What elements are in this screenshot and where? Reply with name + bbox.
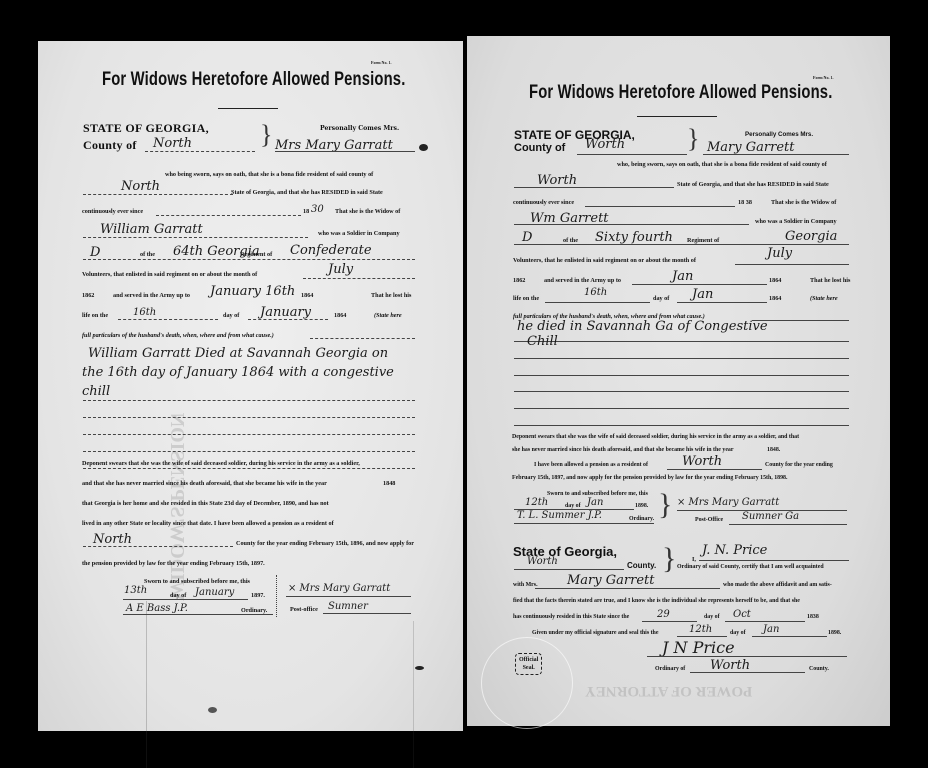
residence-county-field: Worth — [537, 173, 577, 188]
title-divider — [218, 108, 278, 109]
ordinary-label: Ordinary. — [629, 516, 654, 522]
sworn-month-field: January — [195, 587, 234, 598]
field-line — [514, 224, 749, 225]
since-year-prefix: 18 — [303, 208, 309, 215]
deponent-line: and that she has never married since his… — [82, 480, 327, 487]
day-of-text: day of — [730, 630, 746, 636]
pension-county-field: North — [93, 532, 132, 547]
particulars-label: full particulars of the husband's death,… — [82, 332, 274, 339]
field-line — [725, 621, 805, 622]
deponent-line: Deponent swears that she was the wife of… — [512, 434, 799, 440]
field-line — [735, 264, 849, 265]
field-line — [156, 215, 301, 216]
field-line — [248, 319, 328, 320]
field-line — [123, 614, 273, 615]
field-line — [83, 400, 415, 401]
served-until-field: Jan — [672, 269, 693, 284]
cert-text: Given under my official signature and se… — [532, 630, 658, 636]
embossed-seal — [481, 637, 573, 729]
field-line — [690, 672, 805, 673]
death-year-field: 1864 — [769, 295, 781, 302]
deponent-line: County for the year ending February 15th… — [236, 540, 414, 547]
field-line — [514, 358, 849, 359]
cert-ordinary-name: J. N. Price — [702, 543, 767, 558]
field-line — [323, 613, 411, 614]
since-year-field: 30 — [311, 204, 324, 215]
bleed-through-text: POWER OF ATTORNEY — [585, 682, 752, 699]
ordinary-label: Ordinary. — [241, 607, 267, 614]
field-line — [83, 259, 415, 260]
deponent-line: lived in any other State or locality sin… — [82, 520, 334, 527]
oath-text: who being sworn, says on oath, that she … — [165, 171, 373, 178]
marriage-year-field: 1848. — [767, 447, 780, 453]
sworn-day-field: 13th — [124, 585, 147, 596]
army-field: Confederate — [290, 243, 372, 258]
right-page-document: Form No. 1. For Widows Heretofore Allowe… — [467, 36, 890, 726]
brace: } — [662, 542, 676, 576]
post-office-field: Sumner — [328, 601, 368, 612]
regiment-field: Sixty fourth — [595, 230, 673, 245]
allowed-text: I have been allowed a pension as a resid… — [534, 462, 648, 468]
field-line — [83, 434, 415, 435]
lost-life-text: That he lost his — [810, 277, 850, 284]
county-field: North — [153, 136, 192, 151]
sworn-year: 1898. — [635, 503, 648, 509]
field-line — [83, 468, 415, 469]
ordinary-signature: T. L. Summer J.P. — [517, 510, 602, 521]
served-until-field: January 16th — [210, 284, 295, 299]
cert-applicant-field: Mary Garrett — [567, 573, 654, 588]
field-line — [303, 278, 415, 279]
oath-text: who, being sworn, says on oath, that she… — [617, 161, 827, 168]
enlist-month-field: July — [328, 262, 353, 277]
soldier-text: who was a Soldier in Company — [318, 230, 400, 237]
field-line — [577, 154, 687, 155]
brace: } — [658, 488, 672, 522]
field-line — [699, 560, 849, 561]
ordinary-of-label: Ordinary of — [655, 666, 685, 672]
county-label: County of — [514, 142, 565, 154]
field-line — [647, 656, 847, 657]
particulars-line-2: the 16th day of January 1864 with a cong… — [82, 365, 394, 380]
particulars-line-3: chill — [82, 384, 110, 399]
sworn-day-field: 12th — [525, 497, 548, 508]
field-line — [752, 636, 827, 637]
ordinary-signature: A E Bass J.P. — [126, 603, 188, 614]
county-label: County of — [83, 138, 137, 153]
death-year-field: 1864 — [334, 312, 346, 319]
county-field-line — [145, 151, 255, 152]
day-of-text: day of — [704, 614, 720, 620]
enlist-year-field: 1862 — [513, 277, 525, 284]
form-number: Form No. 1. — [813, 75, 833, 80]
cert-ordinary-signature: J N Price — [662, 638, 735, 657]
company-field: D — [522, 230, 532, 245]
applicant-name-line — [275, 151, 415, 152]
form-number: Form No. 1. — [371, 60, 391, 65]
post-office-label: Post-Office — [695, 517, 723, 523]
field-line — [632, 284, 767, 285]
cert-county-field: Worth — [527, 556, 558, 567]
field-line — [545, 302, 650, 303]
field-line — [729, 524, 847, 525]
deponent-line: that Georgia is her home and she resided… — [82, 500, 329, 507]
field-line — [535, 588, 720, 589]
death-month-field: January — [260, 305, 311, 320]
field-line — [83, 546, 233, 547]
applicant-name-field: Mary Garrett — [707, 140, 794, 155]
field-line — [667, 469, 762, 470]
cert-county-label: County. — [627, 561, 656, 570]
residence-text: State of Georgia, and that she has RESID… — [231, 189, 383, 196]
field-line — [310, 338, 415, 339]
county-suffix: County. — [809, 666, 829, 672]
cert-text: fied that the facts therein stated are t… — [513, 598, 800, 604]
ink-blot — [415, 666, 424, 670]
regiment-of-text: Regiment of — [687, 237, 719, 244]
field-line — [703, 154, 849, 155]
title-divider — [637, 116, 717, 117]
seal-label: Seal. — [519, 664, 538, 672]
enlisted-text: Volunteers, that enlisted in said regime… — [82, 271, 257, 278]
husband-name-field: William Garratt — [100, 222, 203, 237]
of-the-text: of the — [563, 237, 578, 244]
field-line — [677, 636, 727, 637]
field-line — [514, 341, 849, 342]
since-year-field: 18 38 — [738, 199, 752, 206]
cert-given-month-field: Jan — [763, 624, 779, 635]
personally-comes-label: Personally Comes Mrs. — [745, 131, 813, 138]
applicant-signature: × Mrs Mary Garratt — [677, 497, 779, 508]
seal-label: Official — [519, 656, 538, 664]
allowed-county-field: Worth — [682, 454, 722, 469]
i-label: I, — [692, 556, 696, 563]
ink-smudge — [208, 707, 217, 713]
field-line — [83, 451, 415, 452]
life-on-text: life on the — [513, 295, 539, 302]
field-line — [642, 621, 697, 622]
particulars-line-1: he died in Savannah Ga of Congestive — [517, 319, 768, 334]
field-line — [514, 569, 624, 570]
continuously-text: continuously ever since — [82, 208, 143, 215]
state-here-text: (State here — [374, 312, 402, 319]
divider — [276, 575, 277, 617]
residence-county-field: North — [121, 179, 160, 194]
cert-text: who made the above affidavit and am sati… — [723, 582, 832, 588]
day-of-text: day of — [223, 312, 239, 319]
allowed-text: February 15th, 1897, and now apply for t… — [512, 475, 787, 481]
particulars-line-2: Chill — [527, 334, 558, 349]
widow-of-text: That she is the Widow of — [335, 208, 400, 215]
field-line — [286, 596, 411, 597]
deponent-line: the pension provided by law for the year… — [82, 560, 265, 567]
applicant-signature: × Mrs Mary Garratt — [288, 583, 390, 594]
deponent-line: Deponent swears that she was the wife of… — [82, 460, 360, 467]
soldier-text: who was a Soldier in Company — [755, 218, 837, 225]
death-month-field: Jan — [692, 287, 713, 302]
field-line — [514, 391, 849, 392]
cert-given-year: 1898. — [828, 630, 841, 636]
cert-since-month-field: Oct — [733, 609, 751, 620]
cert-text: has continuously resided in this State s… — [513, 614, 629, 620]
served-year-field: 1864 — [769, 277, 781, 284]
post-office-field: Sumner Ga — [742, 511, 799, 522]
cert-ordinary-county-field: Worth — [710, 658, 750, 673]
cert-text: with Mrs. — [513, 582, 538, 588]
brace: } — [687, 124, 699, 154]
continuously-text: continuously ever since — [513, 199, 574, 206]
cert-since-year-field: 1838 — [807, 614, 819, 620]
regiment-of-text: Regiment of — [240, 251, 272, 258]
enlist-year-field: 1862 — [82, 292, 94, 299]
sworn-month-field: Jan — [587, 497, 603, 508]
day-of-text: day of — [653, 295, 669, 302]
county-field: Worth — [585, 137, 625, 152]
marriage-year-field: 1848 — [383, 480, 395, 487]
sworn-year: 1897. — [251, 592, 265, 599]
cert-since-day-field: 29 — [657, 609, 670, 620]
field-line — [514, 408, 849, 409]
state-label: STATE OF GEORGIA, — [83, 121, 209, 136]
page-title: For Widows Heretofore Allowed Pensions. — [102, 69, 405, 91]
of-the-text: of the — [140, 251, 155, 258]
lost-life-text: That he lost his — [371, 292, 411, 299]
official-seal-box: Official Seal. — [515, 653, 542, 675]
field-line — [118, 319, 218, 320]
left-page-document: WIDOW'S PENSION Form No. 1. For Widows H… — [38, 41, 463, 731]
residence-text: State of Georgia, and that she has RESID… — [677, 181, 829, 188]
ink-blot — [419, 144, 428, 151]
field-line — [514, 375, 849, 376]
day-of-text: day of — [170, 592, 186, 599]
page-title: For Widows Heretofore Allowed Pensions. — [529, 82, 832, 104]
enlisted-text: Volunteers, that he enlisted in said reg… — [513, 257, 696, 264]
state-here-text: (State here — [810, 295, 838, 302]
bleed-through-rule — [413, 621, 414, 768]
widow-of-text: That she is the Widow of — [771, 199, 836, 206]
personally-comes-label: Personally Comes Mrs. — [320, 125, 399, 132]
field-line — [514, 523, 654, 524]
life-on-text: life on the — [82, 312, 108, 319]
field-line — [514, 244, 849, 245]
field-line — [514, 425, 849, 426]
field-line — [585, 206, 735, 207]
sworn-text: Sworn to and subscribed before me, this — [144, 578, 250, 585]
served-text: and served in the Army up to — [544, 277, 621, 284]
cert-given-day-field: 12th — [689, 624, 712, 635]
field-line — [677, 302, 767, 303]
deponent-line: she has never married since his death af… — [512, 447, 734, 453]
enlist-month-field: July — [767, 246, 792, 261]
post-office-label: Post-office — [290, 606, 318, 613]
army-field: Georgia — [785, 229, 837, 244]
field-line — [83, 237, 308, 238]
company-field: D — [90, 245, 100, 260]
field-line — [514, 187, 674, 188]
allowed-text: County for the year ending — [765, 462, 833, 468]
cert-text: Ordinary of said County, certify that I … — [677, 564, 824, 570]
particulars-line-1: William Garratt Died at Savannah Georgia… — [88, 346, 388, 361]
field-line — [83, 417, 415, 418]
death-day-field: 16th — [584, 287, 607, 298]
served-year-field: 1864 — [301, 292, 313, 299]
brace: } — [260, 120, 272, 150]
bleed-through-rule — [146, 601, 147, 768]
field-line — [123, 599, 248, 600]
served-text: and served in the Army up to — [113, 292, 190, 299]
death-day-field: 16th — [133, 307, 156, 318]
field-line — [83, 194, 233, 195]
